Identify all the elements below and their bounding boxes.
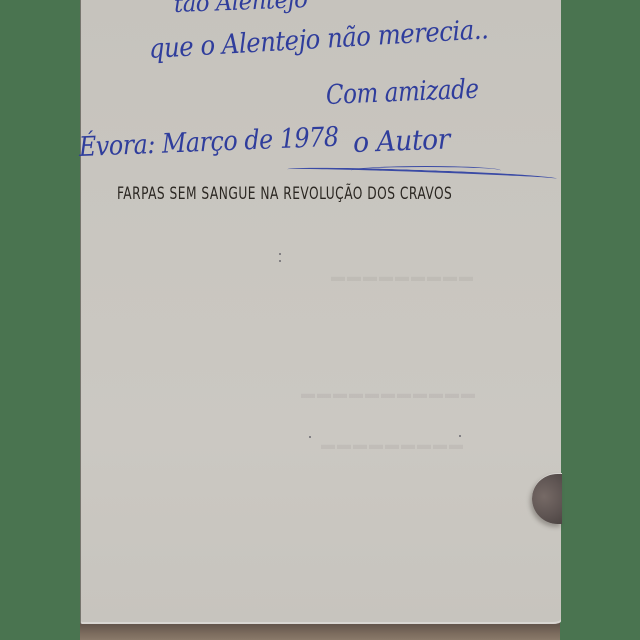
bleed-through-text: ▬▬▬▬▬▬▬▬▬ — [321, 436, 465, 452]
handwritten-line-partial: tão Alentejo — [174, 0, 308, 18]
paper-speck — [459, 435, 461, 437]
paper-speck — [309, 436, 311, 438]
paper-speck — [279, 253, 281, 255]
book-title: FARPAS SEM SANGUE NA REVOLUÇÃO DOS CRAVO… — [117, 184, 452, 204]
handwritten-place-date: Évora: Março de 1978 — [79, 122, 339, 163]
bleed-through-text: ▬▬▬▬▬▬▬▬▬ — [331, 268, 475, 284]
signature-flourish-2 — [351, 166, 501, 175]
handwritten-closing: Com amizade — [326, 74, 479, 111]
paper-speck — [279, 260, 281, 262]
table-surface — [80, 622, 560, 640]
handwritten-signature: o Autor — [352, 122, 450, 159]
bleed-through-text: ▬▬▬▬▬▬▬▬▬▬▬ — [301, 385, 477, 401]
handwritten-dedication-line: que o Alentejo não merecia.. — [148, 14, 489, 65]
book-page: tão Alentejo que o Alentejo não merecia.… — [80, 0, 561, 624]
